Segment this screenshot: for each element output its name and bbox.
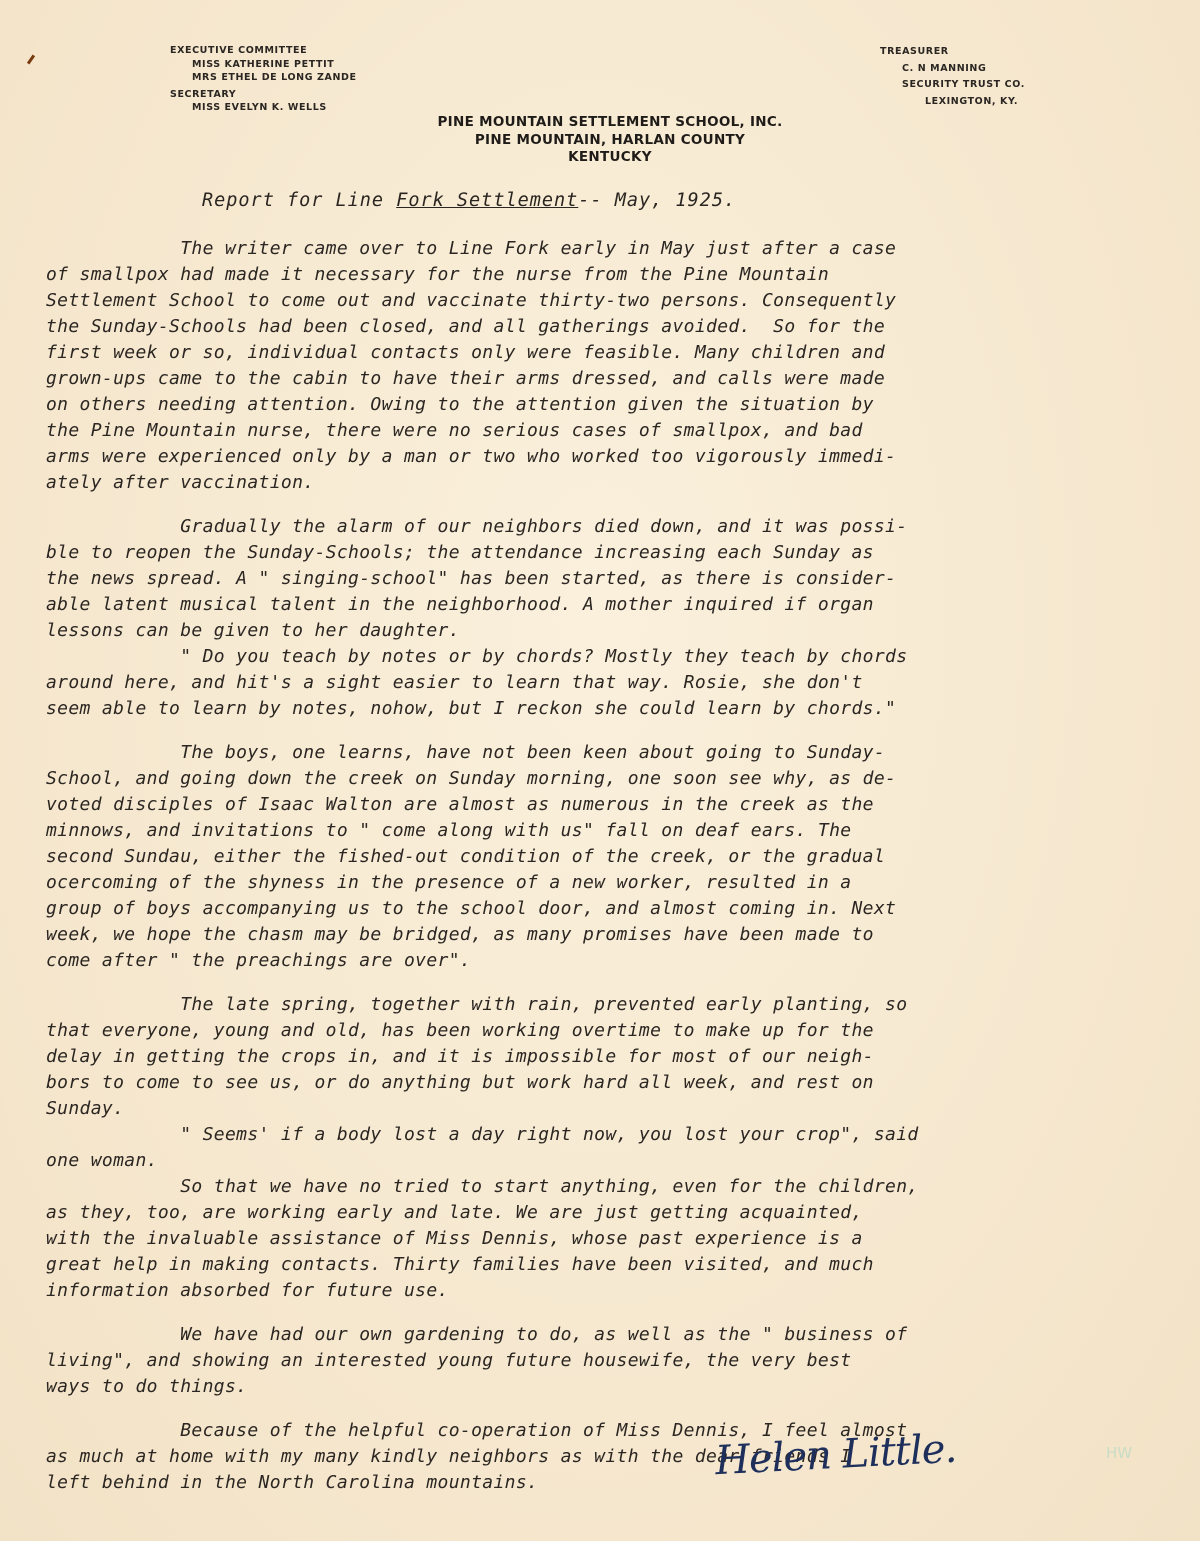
text-line: the news spread. A " singing-school" has… (46, 566, 1146, 592)
text-line: of smallpox had made it necessary for th… (46, 262, 1146, 288)
text-line: on others needing attention. Owing to th… (46, 392, 1146, 418)
text-line: as they, too, are working early and late… (46, 1200, 1146, 1226)
paragraph-gap (46, 496, 1146, 514)
text-line: great help in making contacts. Thirty fa… (46, 1252, 1146, 1278)
text-line: group of boys accompanying us to the sch… (46, 896, 1146, 922)
text-line: voted disciples of Isaac Walton are almo… (46, 792, 1146, 818)
text-line: " Do you teach by notes or by chords? Mo… (46, 644, 1146, 670)
text-line: lessons can be given to her daughter. (46, 618, 1146, 644)
text-line: the Sunday-Schools had been closed, and … (46, 314, 1146, 340)
text-line: Gradually the alarm of our neighbors die… (46, 514, 1146, 540)
paragraph: Gradually the alarm of our neighbors die… (46, 514, 1146, 722)
paragraph: Because of the helpful co-operation of M… (46, 1418, 1146, 1496)
paragraph: We have had our own gardening to do, as … (46, 1322, 1146, 1400)
text-line: The writer came over to Line Fork early … (46, 236, 1146, 262)
text-line: grown-ups came to the cabin to have thei… (46, 366, 1146, 392)
text-line: left behind in the North Carolina mounta… (46, 1470, 1146, 1496)
committee-heading: Executive Committee (170, 44, 357, 58)
text-line: bors to come to see us, or do anything b… (46, 1070, 1146, 1096)
paragraph: The boys, one learns, have not been keen… (46, 740, 1146, 974)
text-line: with the invaluable assistance of Miss D… (46, 1226, 1146, 1252)
text-line: first week or so, individual contacts on… (46, 340, 1146, 366)
treasurer-bank: Security Trust Co. (880, 77, 1025, 94)
org-address: PINE MOUNTAIN, HARLAN COUNTY (380, 132, 840, 150)
paragraph-gap (46, 1304, 1146, 1322)
text-line: living", and showing an interested young… (46, 1348, 1146, 1374)
report-body: The writer came over to Line Fork early … (46, 236, 1146, 1496)
letterhead-treasurer: Treasurer C. N Manning Security Trust Co… (880, 44, 1025, 110)
text-line: seem able to learn by notes, nohow, but … (46, 696, 1146, 722)
text-line: one woman. (46, 1148, 1146, 1174)
title-suffix: -- May, 1925. (578, 190, 736, 211)
text-line: that everyone, young and old, has been w… (46, 1018, 1146, 1044)
org-state: KENTUCKY (380, 149, 840, 167)
secretary-name: Miss Evelyn K. Wells (170, 101, 357, 115)
text-line: able latent musical talent in the neighb… (46, 592, 1146, 618)
paragraph-gap (46, 974, 1146, 992)
treasurer-city: Lexington, Ky. (880, 94, 1025, 111)
paragraph: The late spring, together with rain, pre… (46, 992, 1146, 1304)
text-line: The boys, one learns, have not been keen… (46, 740, 1146, 766)
paragraph-gap (46, 1400, 1146, 1418)
text-line: arms were experienced only by a man or t… (46, 444, 1146, 470)
title-prefix: Report for Line (202, 190, 396, 211)
text-line: minnows, and invitations to " come along… (46, 818, 1146, 844)
paragraph: The writer came over to Line Fork early … (46, 236, 1146, 496)
treasurer-heading: Treasurer (880, 44, 1025, 61)
paragraph-gap (46, 722, 1146, 740)
text-line: The late spring, together with rain, pre… (46, 992, 1146, 1018)
secretary-heading: Secretary (170, 88, 357, 102)
text-line: Sunday. (46, 1096, 1146, 1122)
text-line: ble to reopen the Sunday-Schools; the at… (46, 540, 1146, 566)
text-line: week, we hope the chasm may be bridged, … (46, 922, 1146, 948)
letterhead-committee: Executive Committee Miss Katherine Petti… (170, 44, 357, 115)
text-line: ocercoming of the shyness in the presenc… (46, 870, 1146, 896)
text-line: delay in getting the crops in, and it is… (46, 1044, 1146, 1070)
text-line: come after " the preachings are over". (46, 948, 1146, 974)
text-line: School, and going down the creek on Sund… (46, 766, 1146, 792)
org-name: PINE MOUNTAIN SETTLEMENT SCHOOL, INC. (380, 114, 840, 132)
organization-header: PINE MOUNTAIN SETTLEMENT SCHOOL, INC. PI… (380, 114, 840, 167)
text-line: " Seems' if a body lost a day right now,… (46, 1122, 1146, 1148)
report-title: Report for Line Fork Settlement-- May, 1… (202, 190, 736, 211)
archive-stamp: HW (1106, 1444, 1132, 1462)
text-line: ways to do things. (46, 1374, 1146, 1400)
text-line: ately after vaccination. (46, 470, 1146, 496)
committee-member: Mrs Ethel de Long Zande (170, 71, 357, 85)
text-line: as much at home with my many kindly neig… (46, 1444, 1146, 1470)
text-line: around here, and hit's a sight easier to… (46, 670, 1146, 696)
text-line: second Sundau, either the fished-out con… (46, 844, 1146, 870)
text-line: We have had our own gardening to do, as … (46, 1322, 1146, 1348)
text-line: information absorbed for future use. (46, 1278, 1146, 1304)
text-line: Because of the helpful co-operation of M… (46, 1418, 1146, 1444)
text-line: the Pine Mountain nurse, there were no s… (46, 418, 1146, 444)
committee-member: Miss Katherine Pettit (170, 58, 357, 72)
text-line: So that we have no tried to start anythi… (46, 1174, 1146, 1200)
text-line: Settlement School to come out and vaccin… (46, 288, 1146, 314)
treasurer-name: C. N Manning (880, 61, 1025, 78)
title-underlined: Fork Settlement (396, 190, 578, 211)
